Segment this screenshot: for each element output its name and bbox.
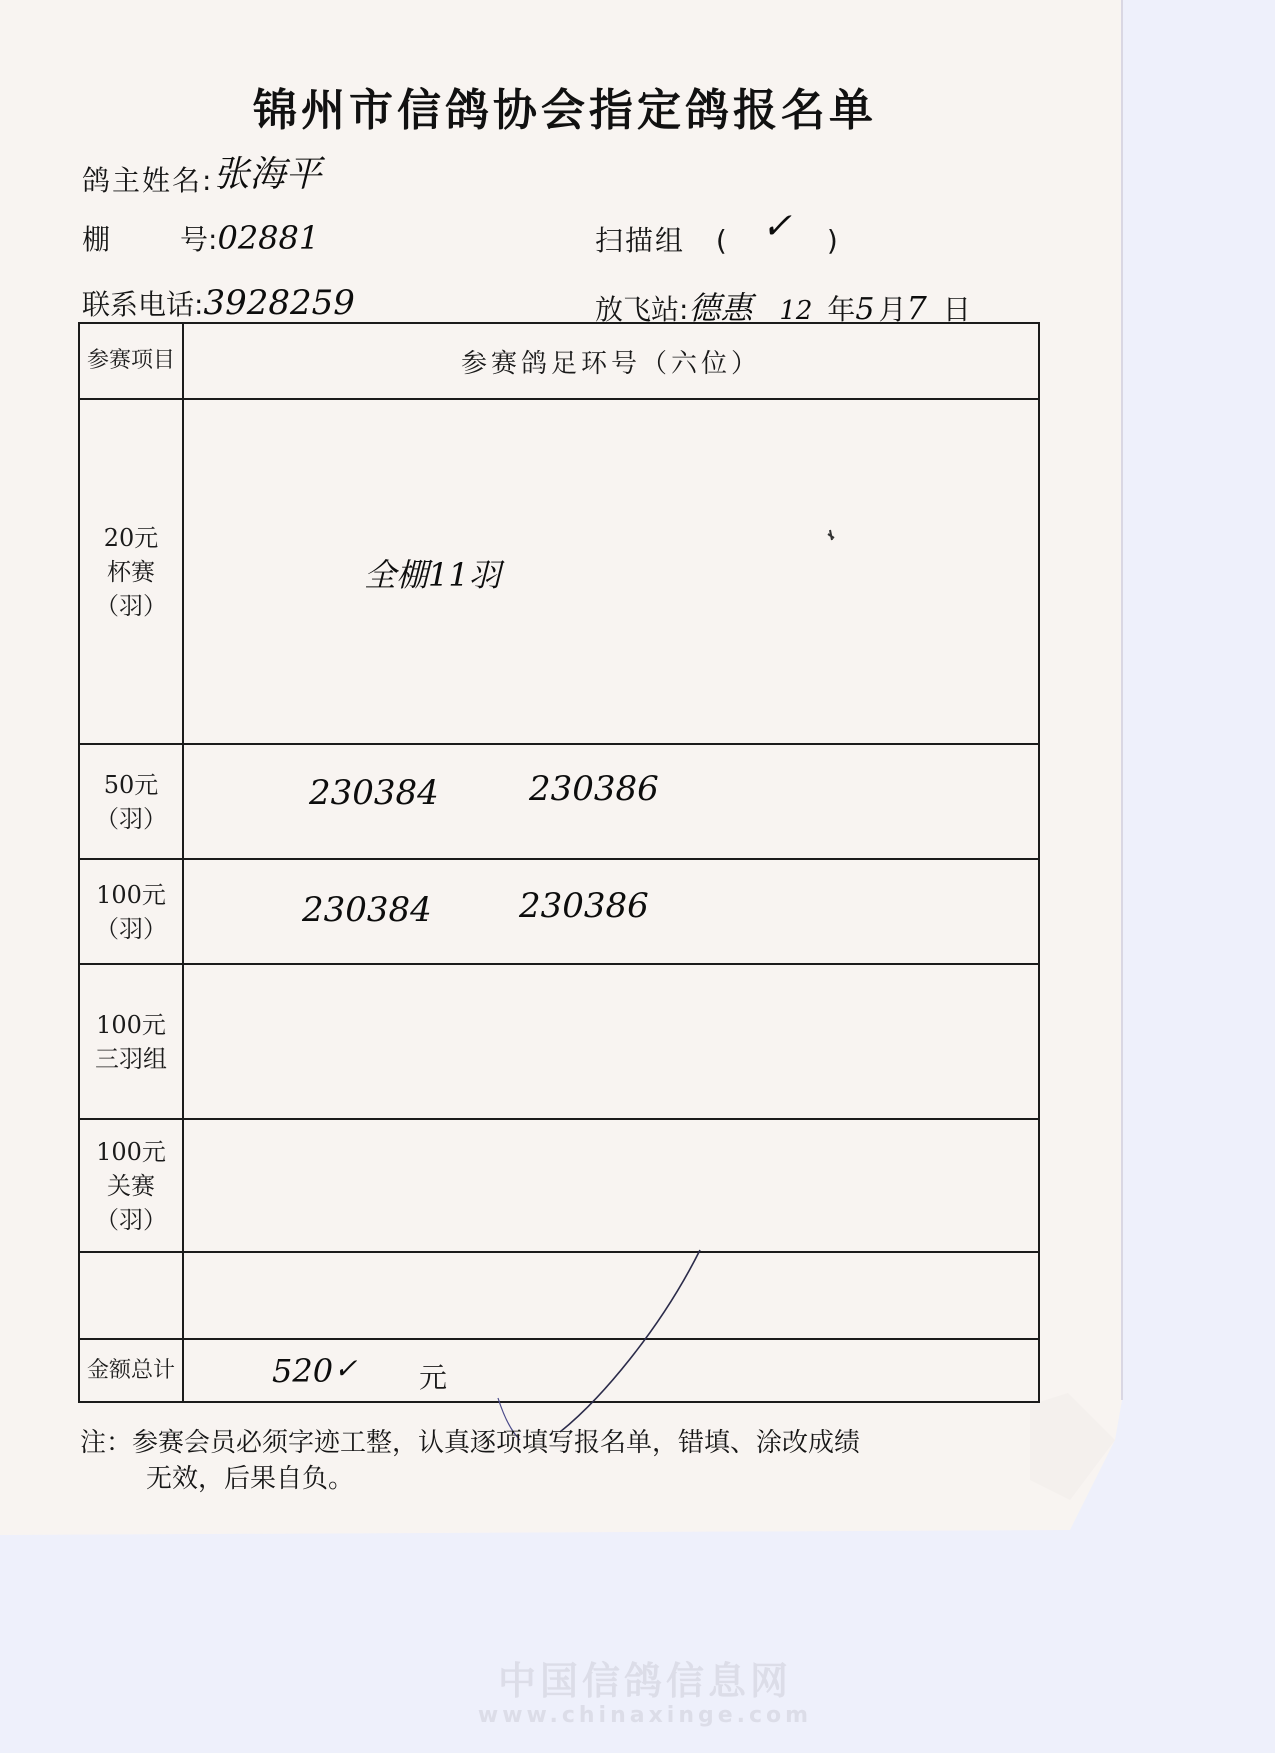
phone-field: 联系电话:3928259 (82, 283, 355, 323)
category-cell: 100元 三羽组 (79, 964, 183, 1119)
category-cell: 100元 关赛 （羽） (79, 1119, 183, 1252)
category-line: （羽） (80, 1203, 182, 1237)
total-label: 金额总计 (79, 1339, 183, 1402)
ring-cell: 230384 230386 (183, 859, 1039, 964)
table-row: 20元 杯赛 （羽） 全棚11羽 (79, 399, 1039, 744)
ring-cell: 230384 230386 (183, 744, 1039, 859)
watermark-name: 中国信鸽信息网 (0, 1650, 1275, 1705)
category-line: （羽） (80, 912, 182, 946)
watermark-url: www.chinaxinge.com (0, 1703, 1275, 1728)
scan-group-open-paren: ( (716, 224, 727, 257)
category-line: 50元 (80, 768, 182, 802)
category-line: 100元 (80, 878, 182, 912)
table-row: 50元 （羽） 230384 230386 (79, 744, 1039, 859)
footnote-line1: 注：参赛会员必须字迹工整，认真逐项填写报名单，错填、涂改成绩 (80, 1428, 860, 1458)
loft-label-part2: 号: (180, 223, 217, 256)
ring-cell: 全棚11羽 (183, 399, 1039, 744)
owner-value: 张海平 (213, 154, 321, 195)
footnote: 注：参赛会员必须字迹工整，认真逐项填写报名单，错填、涂改成绩 无效，后果自负。 (80, 1425, 860, 1497)
paper-edge (1121, 0, 1123, 1400)
category-line: 关赛 (80, 1169, 182, 1203)
owner-field: 鸽主姓名:张海平 (82, 150, 321, 201)
category-cell: 50元 （羽） (79, 744, 183, 859)
category-line: 杯赛 (80, 555, 182, 589)
category-line: 100元 (80, 1008, 182, 1042)
category-line: 100元 (80, 1135, 182, 1169)
table-header-row: 参赛项目 参赛鸽足环号（六位） (79, 323, 1039, 399)
loft-label-part1: 棚 (82, 223, 110, 256)
ring-cell (183, 1252, 1039, 1339)
loft-field: 棚号:02881 (82, 218, 319, 258)
table-row: 100元 （羽） 230384 230386 (79, 859, 1039, 964)
category-line: （羽） (80, 589, 182, 623)
ring-entry: 230386 (519, 886, 649, 926)
form-title: 锦州市信鸽协会指定鸽报名单 (0, 74, 1130, 138)
category-line: （羽） (80, 802, 182, 836)
scan-group-close-paren: ) (827, 224, 838, 257)
footnote-line2: 无效，后果自负。 (80, 1461, 860, 1497)
total-checkmark: ✓ (334, 1352, 357, 1385)
category-cell: 100元 （羽） (79, 859, 183, 964)
phone-value: 3928259 (203, 283, 354, 323)
scan-group-label: 扫描组 (595, 224, 685, 257)
scan-group-checkmark: ✓ (762, 206, 792, 247)
ring-cell (183, 964, 1039, 1119)
header-rings: 参赛鸽足环号（六位） (183, 323, 1039, 399)
category-line: 20元 (80, 521, 182, 555)
scan-group-field: 扫描组 ( ✓ ) (595, 218, 838, 259)
phone-label: 联系电话: (82, 288, 203, 321)
ring-cell (183, 1119, 1039, 1252)
ring-entry: 230384 (309, 773, 439, 813)
total-row: 金额总计 520 ✓ 元 (79, 1339, 1039, 1402)
ring-entry: 230386 (529, 769, 659, 809)
total-amount: 520 (272, 1352, 333, 1390)
table-row: 100元 三羽组 (79, 964, 1039, 1119)
total-cell: 520 ✓ 元 (183, 1339, 1039, 1402)
ring-entry: 230384 (302, 890, 432, 930)
category-cell (79, 1252, 183, 1339)
total-unit: 元 (419, 1356, 447, 1396)
table-row (79, 1252, 1039, 1339)
loft-value: 02881 (217, 219, 319, 257)
ring-entry: 全棚11羽 (364, 550, 501, 596)
entry-table: 参赛项目 参赛鸽足环号（六位） 20元 杯赛 （羽） 全棚11羽 50元 （羽）… (78, 322, 1040, 1403)
owner-label: 鸽主姓名: (82, 164, 213, 197)
category-cell: 20元 杯赛 （羽） (79, 399, 183, 744)
category-line: 三羽组 (80, 1042, 182, 1076)
header-category: 参赛项目 (79, 323, 183, 399)
table-row: 100元 关赛 （羽） (79, 1119, 1039, 1252)
